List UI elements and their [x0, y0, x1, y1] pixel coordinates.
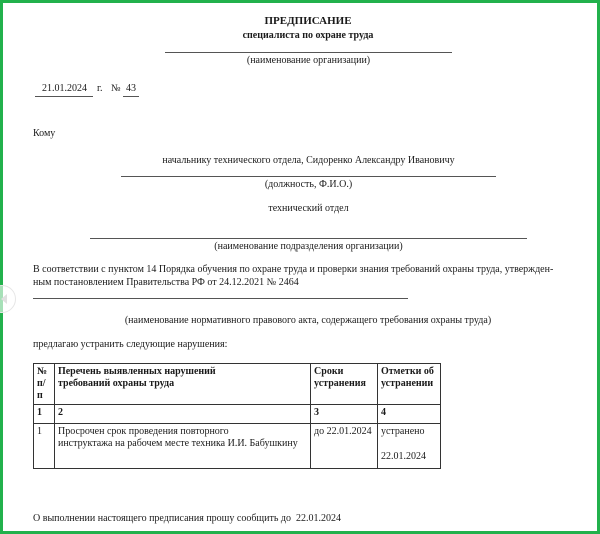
division-line [90, 238, 527, 239]
division-name: технический отдел [121, 203, 496, 215]
header-deadline: Срокиустранения [311, 364, 378, 405]
column-number: 1 [34, 405, 55, 424]
recipient-line [121, 176, 496, 177]
table-header-row: №п/п Перечень выявленных нарушенийтребов… [34, 364, 441, 405]
column-number: 3 [311, 405, 378, 424]
column-number: 2 [54, 405, 310, 424]
document-date: 21.01.2024 [42, 83, 87, 95]
chevron-left-icon [1, 294, 7, 304]
org-name-caption: (наименование организации) [165, 55, 452, 67]
column-numbers-row: 1 2 3 4 [34, 405, 441, 424]
header-marks: Отметки обустранении [377, 364, 440, 405]
basis-line-2: ным постановлением Правительства РФ от 2… [33, 277, 299, 289]
row-violation: Просрочен срок проведения повторногоинст… [54, 424, 310, 469]
row-num: 1 [34, 424, 55, 469]
document-subtitle: специалиста по охране труда [0, 29, 600, 42]
date-underline [35, 96, 93, 97]
footer-date: 22.01.2024 [296, 513, 341, 524]
number-sign: № [111, 83, 121, 95]
org-name-line [165, 52, 452, 53]
row-mark: устранено22.01.2024 [377, 424, 440, 469]
mark-status: устранено [381, 426, 425, 437]
division-caption: (наименование подразделения организации) [90, 241, 527, 253]
row-deadline: до 22.01.2024 [311, 424, 378, 469]
table-row: 1 Просрочен срок проведения повторногоин… [34, 424, 441, 469]
document-number: 43 [126, 83, 136, 95]
header-num: №п/п [34, 364, 55, 405]
document-title: ПРЕДПИСАНИЕ [0, 15, 600, 28]
violations-table: №п/п Перечень выявленных нарушенийтребов… [33, 363, 441, 469]
propose-text: предлагаю устранить следующие нарушения: [33, 339, 227, 351]
act-caption: (наименование нормативного правового акт… [33, 315, 583, 327]
basis-line-1: В соответствии с пунктом 14 Порядка обуч… [33, 264, 553, 276]
footer-text: О выполнении настоящего предписания прош… [33, 513, 341, 525]
to-label: Кому [33, 128, 55, 140]
recipient-caption: (должность, Ф.И.О.) [121, 179, 496, 191]
mark-date: 22.01.2024 [381, 451, 437, 463]
recipient: начальнику технического отдела, Сидоренк… [121, 155, 496, 167]
column-number: 4 [377, 405, 440, 424]
year-suffix: г. [97, 83, 102, 95]
act-line [33, 298, 408, 299]
header-violations: Перечень выявленных нарушенийтребований … [54, 364, 310, 405]
number-underline [123, 96, 139, 97]
